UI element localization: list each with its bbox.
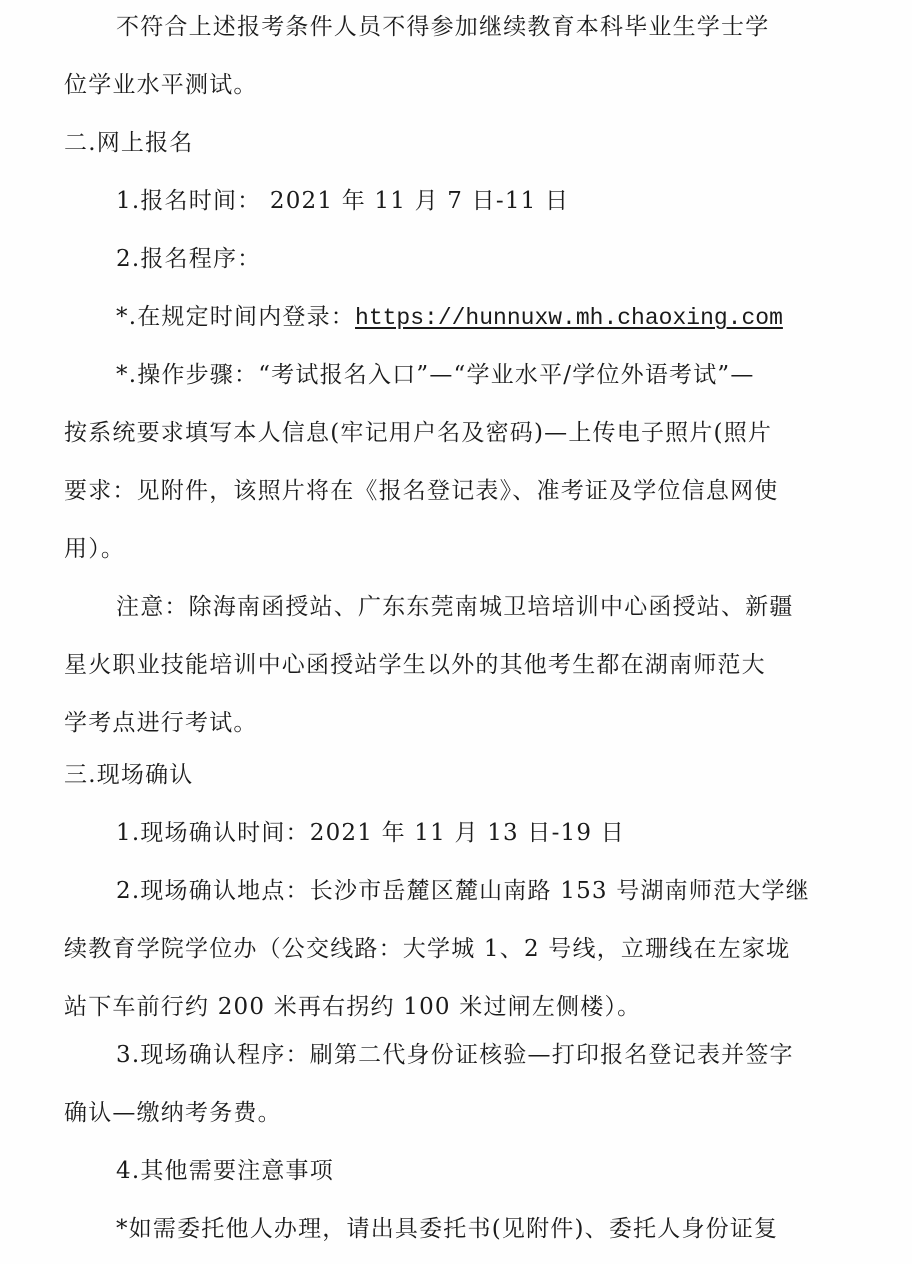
paragraph-eligibility-line-2: 位学业水平测试。 [64,70,258,100]
operation-steps-line-4: 用）。 [64,534,125,564]
registration-time: 1.报名时间： 2021 年 11 月 7 日-11 日 [116,186,569,216]
section-heading-online-registration: 二.网上报名 [64,128,194,158]
onsite-procedure-line-2: 确认—缴纳考务费。 [64,1098,282,1128]
notice-line-3: 学考点进行考试。 [64,708,258,738]
onsite-procedure-line-1: 3.现场确认程序：刷第二代身份证核验—打印报名登记表并签字 [116,1040,794,1070]
other-notes-heading: 4.其他需要注意事项 [116,1156,334,1186]
proxy-instruction-line-1: *如需委托他人办理，请出具委托书(见附件)、委托人身份证复 [116,1214,778,1244]
paragraph-eligibility-line-1: 不符合上述报考条件人员不得参加继续教育本科毕业生学士学 [116,12,769,42]
onsite-confirmation-time: 1.现场确认时间：2021 年 11 月 13 日-19 日 [116,818,625,848]
registration-procedure-heading: 2.报名程序： [116,244,261,274]
onsite-location-line-3: 站下车前行约 200 米再右拐约 100 米过闸左侧楼）。 [64,992,641,1022]
section-heading-onsite-confirmation: 三.现场确认 [64,760,194,790]
registration-url-link[interactable]: https://hunnuxw.mh.chaoxing.com [355,305,783,331]
operation-steps-line-2: 按系统要求填写本人信息(牢记用户名及密码)—上传电子照片(照片 [64,418,772,448]
document-page: 不符合上述报考条件人员不得参加继续教育本科毕业生学士学 位学业水平测试。 二.网… [0,0,912,1264]
notice-line-1: 注意：除海南函授站、广东东莞南城卫培培训中心函授站、新疆 [116,592,794,622]
login-instruction: *.在规定时间内登录：https://hunnuxw.mh.chaoxing.c… [116,302,783,333]
operation-steps-line-1: *.操作步骤：“考试报名入口”—“学业水平/学位外语考试”— [116,360,755,390]
onsite-location-line-1: 2.现场确认地点：长沙市岳麓区麓山南路 153 号湖南师范大学继 [116,876,810,906]
login-instruction-label: *.在规定时间内登录： [116,304,355,330]
operation-steps-line-3: 要求：见附件，该照片将在《报名登记表》、准考证及学位信息网使 [64,476,779,506]
onsite-location-line-2: 续教育学院学位办（公交线路：大学城 1、2 号线，立珊线在左家垅 [64,934,790,964]
notice-line-2: 星火职业技能培训中心函授站学生以外的其他考生都在湖南师范大 [64,650,766,680]
